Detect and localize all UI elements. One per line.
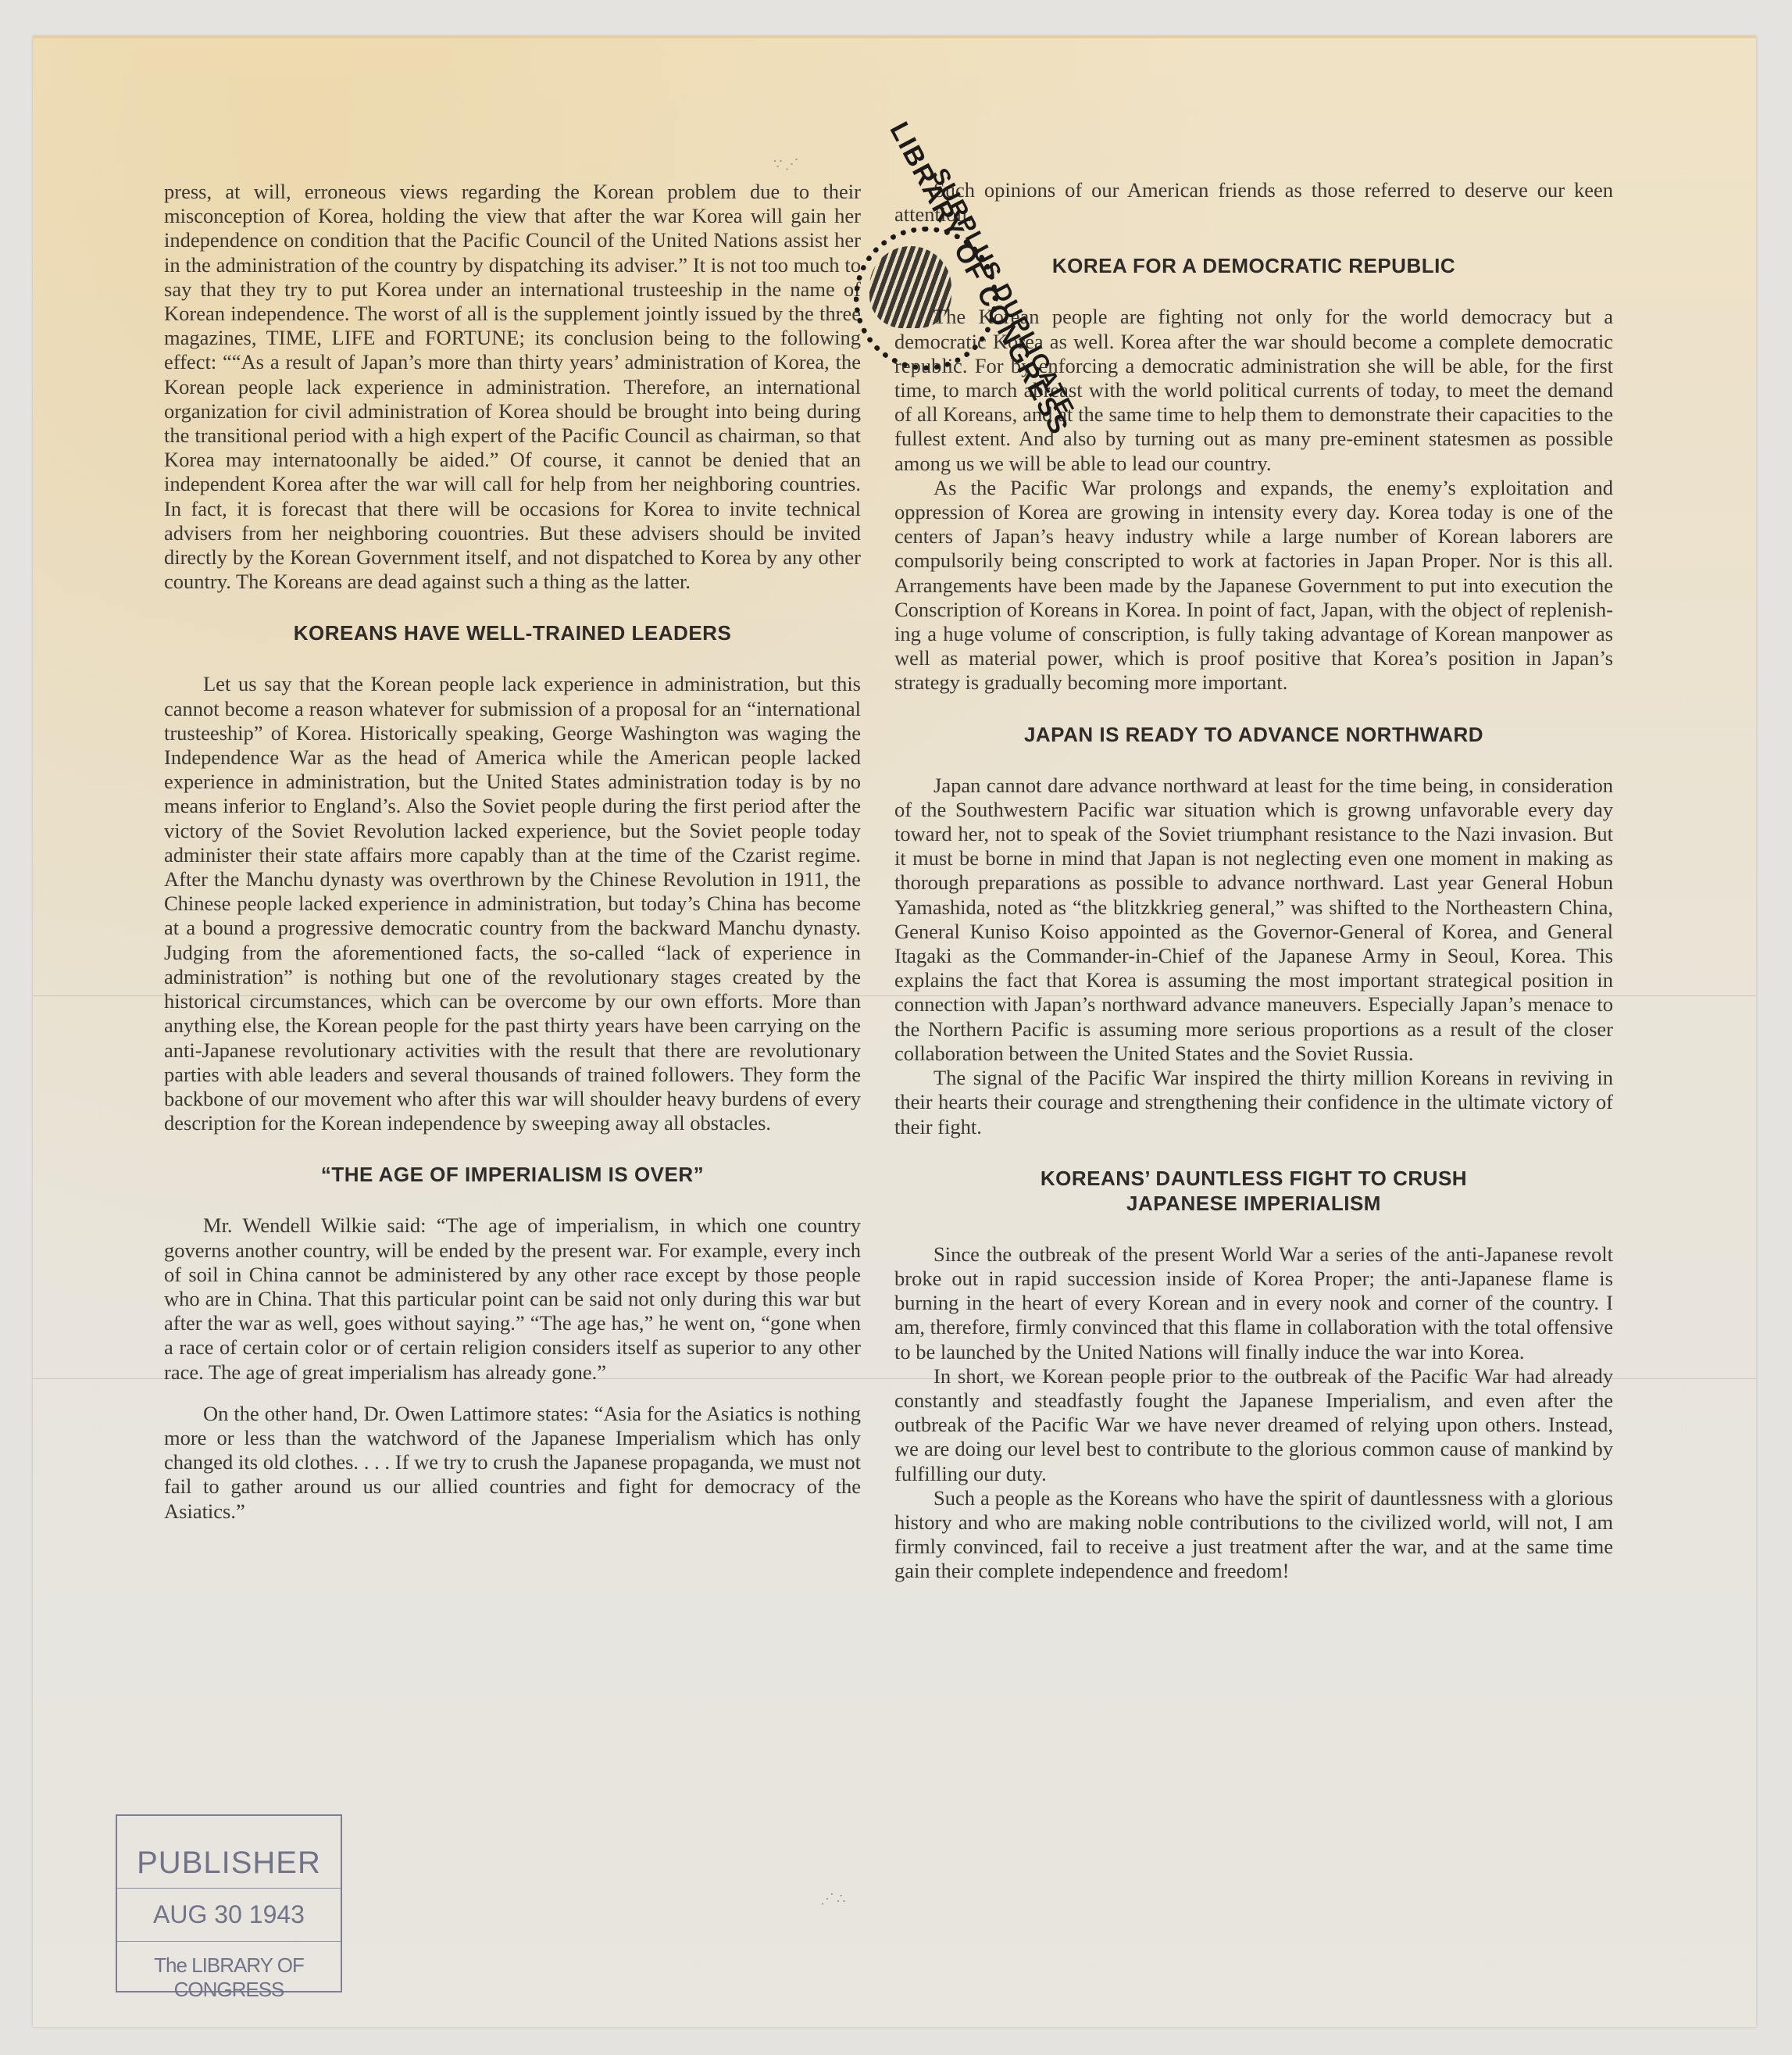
body-paragraph: In short, we Korean people prior to the … bbox=[894, 1364, 1613, 1486]
body-paragraph: On the other hand, Dr. Owen Lattimore st… bbox=[164, 1402, 861, 1524]
section-heading: JAPAN IS READY TO ADVANCE NORTHWARD bbox=[894, 722, 1613, 747]
body-paragraph: Mr. Wendell Wilkie said: “The age of imp… bbox=[164, 1213, 861, 1384]
body-paragraph: As the Pacific War prolongs and expands,… bbox=[894, 476, 1613, 695]
stamp-library: The LIBRARY OF CONGRESS bbox=[117, 1953, 341, 2002]
section-heading: KOREANS HAVE WELL-TRAINED LEADERS bbox=[164, 620, 861, 645]
stamp-date: AUG 30 1943 bbox=[117, 1900, 341, 1929]
body-paragraph: The signal of the Pacific War inspired t… bbox=[894, 1066, 1613, 1139]
stamp-divider bbox=[117, 1888, 341, 1889]
section-heading: “THE AGE OF IMPERIALISM IS OVER” bbox=[164, 1162, 861, 1187]
body-paragraph: Let us say that the Korean people lack e… bbox=[164, 672, 861, 1135]
body-paragraph: The Korean people are fighting not only … bbox=[894, 305, 1613, 475]
stamp-publisher: PUBLISHER bbox=[117, 1846, 341, 1881]
stamp-divider bbox=[117, 1941, 341, 1942]
body-paragraph: Such opinions of our American friends as… bbox=[894, 178, 1613, 227]
body-paragraph: press, at will, erroneous views regardin… bbox=[164, 180, 861, 594]
section-heading: KOREA FOR A DEMOCRATIC REPUBLIC bbox=[894, 253, 1613, 278]
paper-speck: ∵⋰ bbox=[773, 156, 801, 173]
right-column: Such opinions of our American friends as… bbox=[894, 178, 1613, 1584]
section-heading: KOREANS’ DAUNTLESS FIGHT TO CRUSHJAPANES… bbox=[894, 1166, 1613, 1216]
body-paragraph: Such a people as the Koreans who have th… bbox=[894, 1486, 1613, 1584]
copyright-receipt-stamp: PUBLISHER AUG 30 1943 The LIBRARY OF CON… bbox=[116, 1814, 342, 1992]
body-paragraph: Japan cannot dare advance northward at l… bbox=[894, 774, 1613, 1066]
left-column: press, at will, erroneous views regardin… bbox=[164, 180, 861, 1524]
body-paragraph: Since the outbreak of the present World … bbox=[894, 1242, 1613, 1364]
paper-speck: ⋰∴ bbox=[820, 1891, 848, 1907]
